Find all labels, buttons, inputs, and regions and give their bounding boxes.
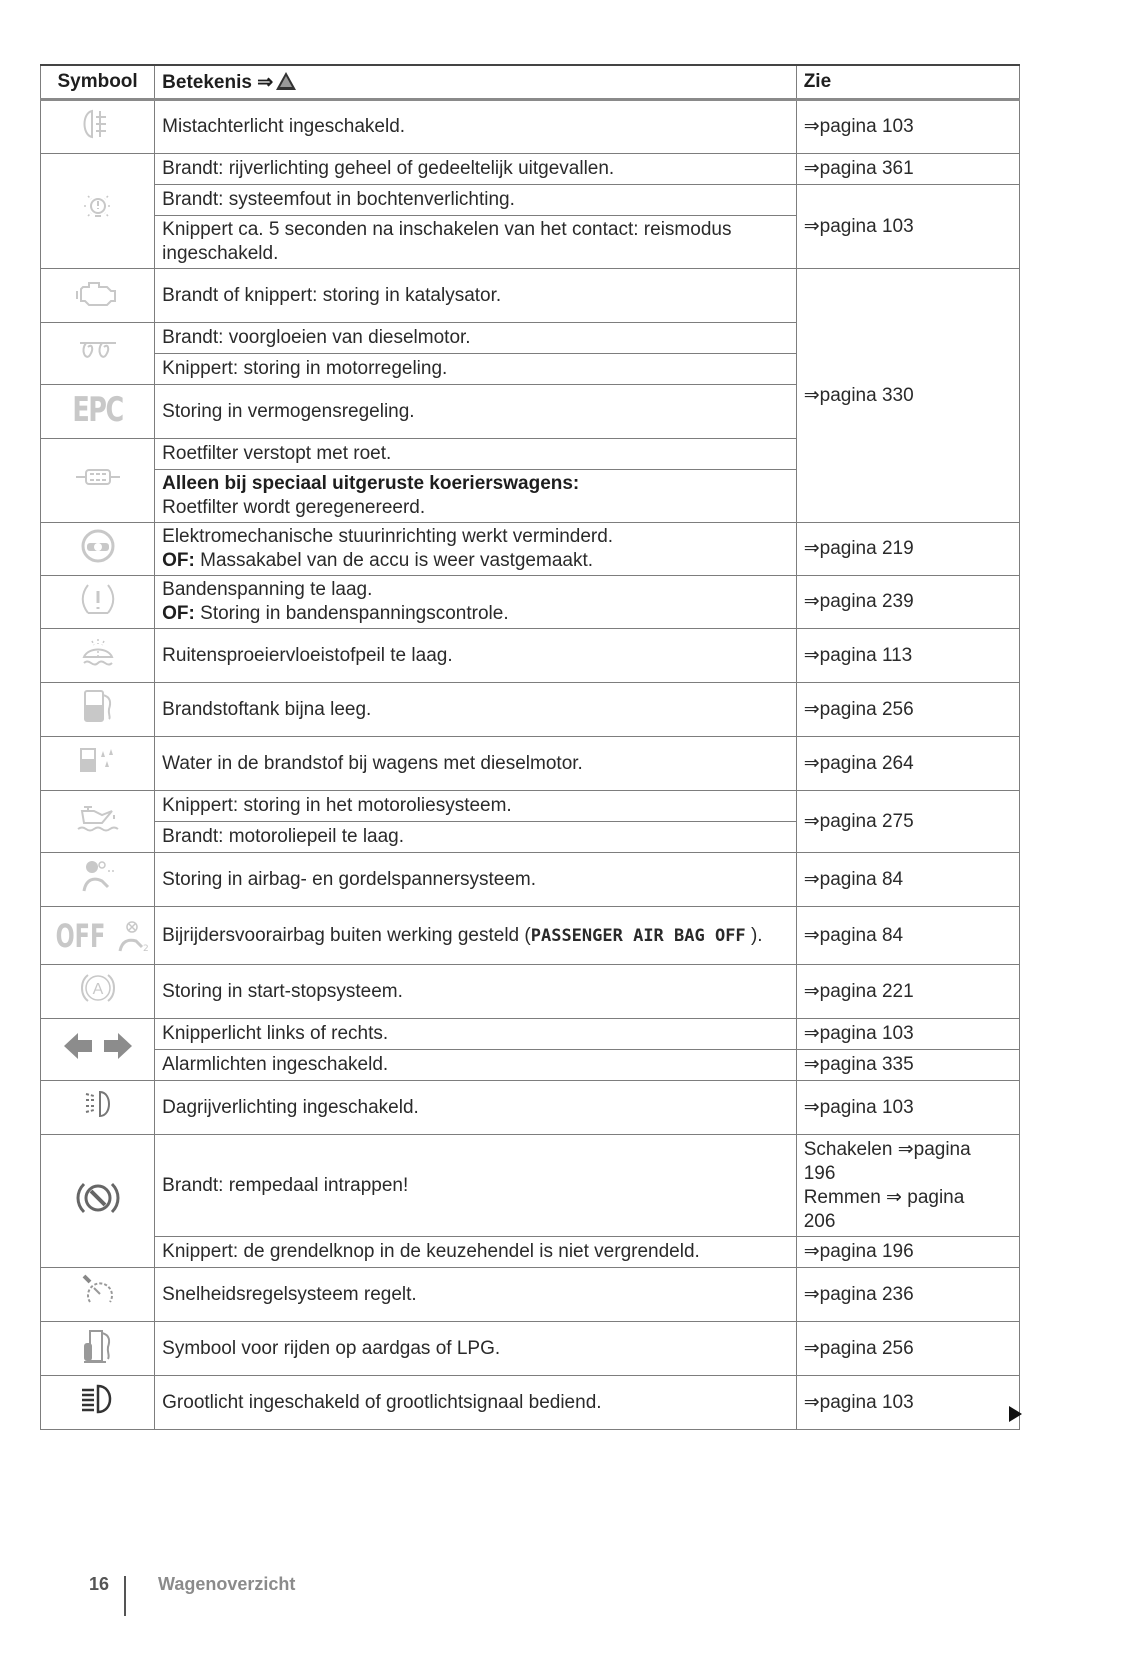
page-link[interactable]: ⇒pagina 103: [796, 1019, 1019, 1050]
washer-fluid-icon: [41, 629, 155, 683]
page-link[interactable]: ⇒pagina 256: [796, 1322, 1019, 1376]
table-row: Alarmlichten ingeschakeld. ⇒pagina 335: [41, 1050, 1020, 1081]
meaning-cell: Symbool voor rijden op aardgas of LPG.: [155, 1322, 797, 1376]
page-link[interactable]: ⇒pagina 196: [796, 1237, 1019, 1268]
table-row: Knippert: de grendelknop in de keuzehend…: [41, 1237, 1020, 1268]
start-stop-icon: A: [41, 965, 155, 1019]
page-link[interactable]: ⇒pagina 84: [796, 907, 1019, 965]
table-row: Storing in airbag- en gordelspannersyste…: [41, 853, 1020, 907]
meaning-cell: Knippert: de grendelknop in de keuzehend…: [155, 1237, 797, 1268]
airbag-icon: [41, 853, 155, 907]
table-row: Dagrijverlichting ingeschakeld. ⇒pagina …: [41, 1081, 1020, 1135]
table-row: Ruitensproeiervloeistofpeil te laag. ⇒pa…: [41, 629, 1020, 683]
svg-text:2: 2: [143, 944, 149, 953]
meaning-cell: Snelheidsregelsysteem regelt.: [155, 1268, 797, 1322]
page-number: 16: [89, 1574, 109, 1595]
meaning-cell: Brandt of knippert: storing in katalysat…: [155, 269, 797, 323]
continue-arrow-icon: [1009, 1406, 1022, 1422]
header-see: Zie: [796, 65, 1019, 100]
fuel-pump-icon: [41, 683, 155, 737]
high-beam-icon: [41, 1376, 155, 1430]
meaning-cell: Brandt: rijverlichting geheel of gedeelt…: [155, 154, 797, 185]
warning-triangle-icon: [276, 72, 296, 90]
page-link[interactable]: ⇒pagina 84: [796, 853, 1019, 907]
meaning-cell: Storing in start-stopsysteem.: [155, 965, 797, 1019]
meaning-cell: Brandt: systeemfout in bochtenverlichtin…: [155, 185, 797, 216]
water-in-fuel-icon: [41, 737, 155, 791]
table-row: OFF2 Bijrijdersvoorairbag buiten werking…: [41, 907, 1020, 965]
meaning-cell: Storing in vermogensregeling.: [155, 385, 797, 439]
meaning-cell: Brandt: rempedaal intrappen!: [155, 1135, 797, 1237]
engine-check-icon: [41, 269, 155, 323]
page-link[interactable]: ⇒pagina 330: [796, 269, 1019, 523]
table-row: Symbool voor rijden op aardgas of LPG. ⇒…: [41, 1322, 1020, 1376]
page-link[interactable]: ⇒pagina 221: [796, 965, 1019, 1019]
meaning-cell: Knippert ca. 5 seconden na inschakelen v…: [155, 216, 797, 269]
table-row: Knipperlicht links of rechts. ⇒pagina 10…: [41, 1019, 1020, 1050]
svg-text:A: A: [92, 981, 103, 998]
meaning-cell: Ruitensproeiervloeistofpeil te laag.: [155, 629, 797, 683]
table-row: Knippert: storing in het motoroliesystee…: [41, 791, 1020, 822]
page-link-group: Schakelen ⇒pagina 196Remmen ⇒ pagina 206: [796, 1135, 1019, 1237]
lpg-fuel-icon: [41, 1322, 155, 1376]
page-link[interactable]: ⇒pagina 236: [796, 1268, 1019, 1322]
page-link[interactable]: Schakelen ⇒pagina 196: [804, 1138, 974, 1186]
page-link[interactable]: ⇒pagina 103: [796, 1081, 1019, 1135]
turn-signal-arrows-icon: [41, 1019, 155, 1081]
table-row: Brandt: systeemfout in bochtenverlichtin…: [41, 185, 1020, 216]
meaning-cell: Knippert: storing in het motoroliesystee…: [155, 791, 797, 822]
meaning-cell: Storing in airbag- en gordelspannersyste…: [155, 853, 797, 907]
meaning-cell: Water in de brandstof bij wagens met die…: [155, 737, 797, 791]
page-link[interactable]: ⇒pagina 264: [796, 737, 1019, 791]
page-link[interactable]: ⇒pagina 239: [796, 576, 1019, 629]
page-link[interactable]: ⇒pagina 275: [796, 791, 1019, 853]
passenger-airbag-off-icon: OFF2: [41, 907, 155, 965]
particulate-filter-icon: [41, 439, 155, 523]
page-link[interactable]: ⇒pagina 219: [796, 523, 1019, 576]
meaning-cell: Elektromechanische stuurinrichting werkt…: [155, 523, 797, 576]
table-row: Elektromechanische stuurinrichting werkt…: [41, 523, 1020, 576]
table-row: Mistachterlicht ingeschakeld. ⇒pagina 10…: [41, 100, 1020, 154]
table-row: Snelheidsregelsysteem regelt. ⇒pagina 23…: [41, 1268, 1020, 1322]
meaning-cell: Brandt: motoroliepeil te laag.: [155, 822, 797, 853]
table-row: Brandstoftank bijna leeg. ⇒pagina 256: [41, 683, 1020, 737]
meaning-cell: Brandstoftank bijna leeg.: [155, 683, 797, 737]
table-row: Brandt of knippert: storing in katalysat…: [41, 269, 1020, 323]
page-link[interactable]: ⇒pagina 361: [796, 154, 1019, 185]
page-link[interactable]: ⇒pagina 103: [796, 1376, 1019, 1430]
meaning-cell: Bandenspanning te laag.OF: Storing in ba…: [155, 576, 797, 629]
meaning-cell: Grootlicht ingeschakeld of grootlichtsig…: [155, 1376, 797, 1430]
meaning-cell: Alleen bij speciaal uitgeruste koeriersw…: [155, 470, 797, 523]
brake-pedal-icon: [41, 1135, 155, 1268]
warning-lights-table: Symbool Betekenis ⇒ Zie Mistachterlicht …: [40, 64, 1020, 1430]
table-row: Brandt: rijverlichting geheel of gedeelt…: [41, 154, 1020, 185]
page-link[interactable]: ⇒pagina 335: [796, 1050, 1019, 1081]
meaning-cell: Brandt: voorgloeien van dieselmotor.: [155, 323, 797, 354]
page-link[interactable]: ⇒pagina 103: [796, 100, 1019, 154]
meaning-cell: Roetfilter verstopt met roet.: [155, 439, 797, 470]
page-link[interactable]: ⇒pagina 113: [796, 629, 1019, 683]
cruise-control-icon: [41, 1268, 155, 1322]
daytime-running-light-icon: [41, 1081, 155, 1135]
epc-icon: EPC: [41, 385, 155, 439]
section-title: Wagenoverzicht: [158, 1574, 295, 1595]
meaning-cell: Knipperlicht links of rechts.: [155, 1019, 797, 1050]
page-link[interactable]: ⇒pagina 256: [796, 683, 1019, 737]
table-row: Grootlicht ingeschakeld of grootlichtsig…: [41, 1376, 1020, 1430]
table-row: Water in de brandstof bij wagens met die…: [41, 737, 1020, 791]
oil-can-icon: [41, 791, 155, 853]
steering-wheel-icon: [41, 523, 155, 576]
meaning-cell: Alarmlichten ingeschakeld.: [155, 1050, 797, 1081]
table-header: Symbool Betekenis ⇒ Zie: [41, 65, 1020, 100]
meaning-cell: Mistachterlicht ingeschakeld.: [155, 100, 797, 154]
table-row: Brandt: rempedaal intrappen! Schakelen ⇒…: [41, 1135, 1020, 1237]
table-row: A Storing in start-stopsysteem. ⇒pagina …: [41, 965, 1020, 1019]
bulb-failure-icon: [41, 154, 155, 269]
meaning-cell: Knippert: storing in motorregeling.: [155, 354, 797, 385]
header-symbol: Symbool: [41, 65, 155, 100]
page-link[interactable]: Remmen ⇒ pagina 206: [804, 1186, 974, 1234]
glow-plug-icon: [41, 323, 155, 385]
footer-divider: [124, 1576, 126, 1616]
page-link[interactable]: ⇒pagina 103: [796, 185, 1019, 269]
meaning-cell: Bijrijdersvoorairbag buiten werking gest…: [155, 907, 797, 965]
tyre-pressure-icon: [41, 576, 155, 629]
table-row: Bandenspanning te laag.OF: Storing in ba…: [41, 576, 1020, 629]
rear-fog-light-icon: [41, 100, 155, 154]
meaning-cell: Dagrijverlichting ingeschakeld.: [155, 1081, 797, 1135]
header-meaning: Betekenis ⇒: [155, 65, 797, 100]
